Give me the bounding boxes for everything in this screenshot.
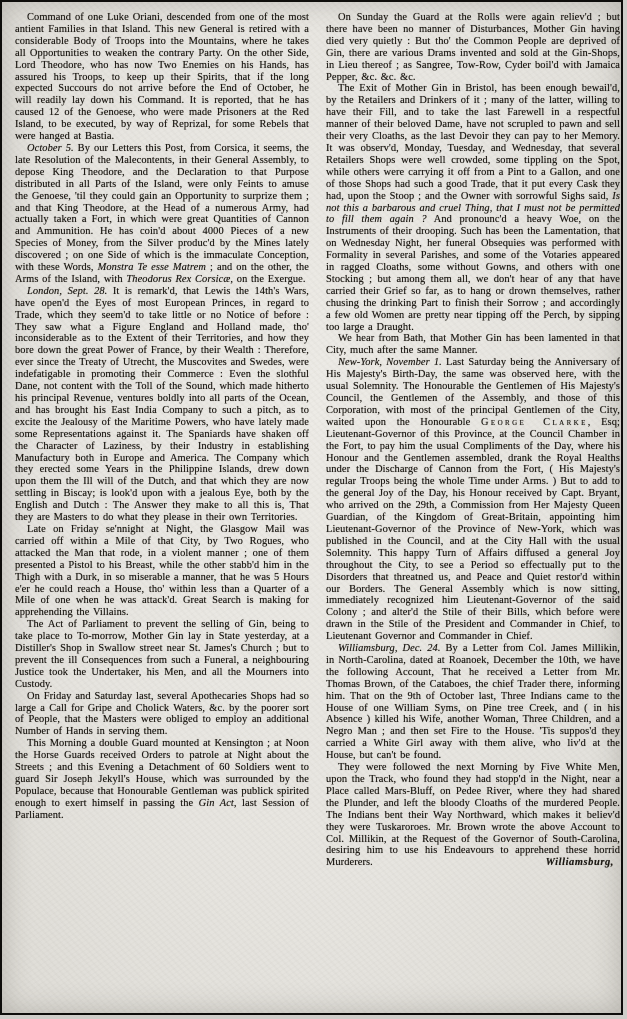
text-segment: On Friday and Saturday last, several Apo… — [15, 691, 309, 738]
text-segment: On Sunday the Guard at the Rolls were ag… — [326, 12, 620, 83]
text-segment: And pronounc'd a heavy Woe, on the Instr… — [326, 214, 620, 332]
text-segment: We hear from Bath, that Mother Gin has b… — [326, 333, 620, 356]
paragraph: We hear from Bath, that Mother Gin has b… — [326, 333, 620, 357]
text-segment: The Act of Parliament to prevent the sel… — [15, 619, 309, 690]
text-segment: George Clarke — [481, 417, 588, 428]
paragraph: On Sunday the Guard at the Rolls were ag… — [326, 12, 620, 83]
text-segment: The Exit of Mother Gin in Bristol, has b… — [326, 83, 620, 201]
catchword: Williamsburg, — [534, 857, 620, 869]
paragraph: Williamsburg, Dec. 24. By a Letter from … — [326, 643, 620, 762]
paragraph: On Friday and Saturday last, several Apo… — [15, 691, 309, 739]
text-segment: By our Letters this Post, from Corsica, … — [15, 143, 309, 273]
text-segment: Gin Act — [199, 798, 234, 809]
text-segment: New-York, November 1. — [338, 357, 442, 368]
paragraph: This Morning a double Guard mounted at K… — [15, 738, 309, 821]
right-column: On Sunday the Guard at the Rolls were ag… — [326, 12, 620, 1009]
paragraph: Command of one Luke Oriani, descended fr… — [15, 12, 309, 143]
newspaper-page: Command of one Luke Oriani, descended fr… — [0, 0, 623, 1015]
paragraph: London, Sept. 28. It is remark'd, that L… — [15, 286, 309, 524]
text-segment: By a Letter from Col. James Millikin, in… — [326, 643, 620, 761]
text-segment: Command of one Luke Oriani, descended fr… — [15, 12, 309, 142]
paragraph: The Exit of Mother Gin in Bristol, has b… — [326, 83, 620, 333]
text-columns: Command of one Luke Oriani, descended fr… — [15, 12, 612, 1009]
text-segment: Theodorus Rex Corsicæ — [126, 274, 230, 285]
text-segment: , Esq; Lieutenant-Governor of this Provi… — [326, 417, 620, 642]
text-segment: They were followed the next Morning by F… — [326, 762, 620, 868]
text-segment: London, Sept. 28. — [27, 286, 107, 297]
text-segment: Late on Friday se'nnight at Night, the G… — [15, 524, 309, 618]
text-segment: It is remark'd, that Lewis the 14th's Wa… — [15, 286, 309, 523]
text-segment: October 5. — [27, 143, 74, 154]
paragraph: Late on Friday se'nnight at Night, the G… — [15, 524, 309, 619]
text-segment: , on the Exergue. — [230, 274, 305, 285]
left-column: Command of one Luke Oriani, descended fr… — [15, 12, 309, 1009]
paragraph: The Act of Parliament to prevent the sel… — [15, 619, 309, 690]
text-segment: Williamsburg, Dec. 24. — [338, 643, 441, 654]
paragraph: October 5. By our Letters this Post, fro… — [15, 143, 309, 286]
paragraph: New-York, November 1. Last Saturday bein… — [326, 357, 620, 643]
text-segment: Monstra Te esse Matrem — [98, 262, 206, 273]
paragraph: They were followed the next Morning by F… — [326, 762, 620, 869]
